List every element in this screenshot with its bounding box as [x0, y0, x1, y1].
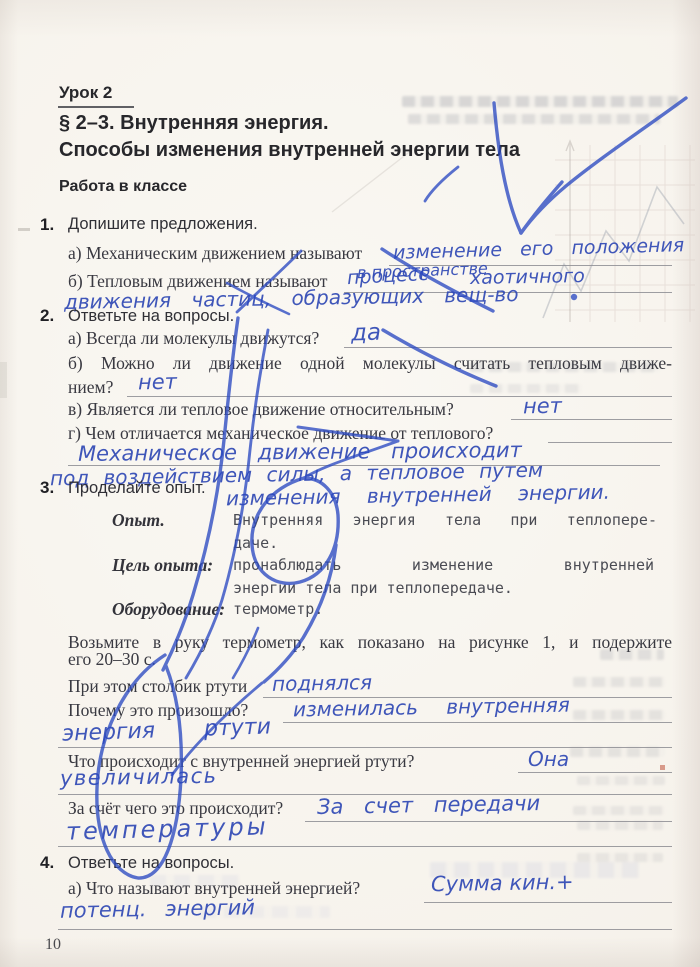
task3-number: 3.: [40, 478, 54, 498]
page-number: 10: [45, 936, 61, 954]
task3-a2-line1: изменилась внутренняя: [293, 693, 570, 722]
task3-a4-line2: температуры: [66, 812, 269, 845]
workbook-page: Урок 2 § 2–3. Внутренняя энергия. Способ…: [0, 0, 700, 967]
equipment-label: Оборудование:: [112, 599, 225, 620]
answer-line: [127, 396, 672, 397]
lesson-label: Урок 2: [59, 83, 112, 103]
task4-instruction: Ответьте на вопросы.: [68, 854, 234, 873]
task4a-answer-line1: Сумма кин.+: [431, 870, 574, 896]
lesson-underline: [58, 106, 134, 108]
answer-line: [58, 846, 672, 847]
goal-label: Цель опыта:: [112, 555, 213, 576]
task1a-question: а) Механическим движением называют: [68, 243, 362, 264]
task3-a3-line1: Она: [528, 747, 569, 771]
task1-number: 1.: [40, 215, 54, 235]
answer-line: [58, 747, 672, 748]
paragraph-title-line2: Способы изменения внутренней энергии тел…: [59, 139, 520, 162]
answer-line: [548, 442, 672, 443]
procedure-line2: его 20–30 с.: [68, 649, 156, 670]
task3-q1: При этом столбик ртути: [68, 676, 247, 697]
experiment-title-line2: даче.: [233, 534, 278, 552]
task2-number: 2.: [40, 306, 54, 326]
task3-instruction: Проделайте опыт.: [68, 479, 206, 498]
task2b-question-line2: нием?: [68, 377, 113, 398]
task4a-answer-line2: потенц. энергий: [60, 895, 255, 922]
experiment-title-line1: Внутренняя энергия тела при теплопере-: [233, 511, 657, 529]
task2a-answer: да: [351, 319, 382, 346]
task3-a1: поднялся: [272, 670, 372, 696]
answer-line: [58, 929, 672, 930]
task2c-answer: нет: [523, 394, 562, 419]
answer-line: [518, 772, 672, 773]
task1a-answer-line1: изменение его положения: [393, 234, 685, 264]
task2a-question: а) Всегда ли молекулы движутся?: [68, 328, 319, 349]
paragraph-title-line1: § 2–3. Внутренняя энергия.: [59, 112, 329, 135]
answer-line: [511, 419, 672, 420]
answer-line: [424, 902, 672, 903]
task2-instruction: Ответьте на вопросы.: [68, 307, 234, 326]
answer-line: [305, 821, 672, 822]
task2c-question: в) Является ли тепловое движение относит…: [68, 399, 454, 420]
procedure-line1: Возьмите в руку термометр, как показано …: [68, 632, 672, 653]
answer-line: [283, 722, 672, 723]
experiment-label: Опыт.: [112, 510, 165, 531]
goal-text-line2: энергии тела при теплопередаче.: [233, 579, 513, 597]
task2b-answer: нет: [138, 370, 177, 395]
equipment-text: термометр.: [233, 600, 323, 618]
task4-number: 4.: [40, 853, 54, 873]
task3-a3-line2: увеличилась: [60, 764, 218, 791]
section-heading: Работа в классе: [59, 178, 187, 196]
task3-a4-line1: За счет передачи: [317, 791, 541, 819]
goal-text-line1: пронаблюдать изменение внутренней: [233, 556, 654, 574]
task1-instruction: Допишите предложения.: [68, 215, 258, 234]
answer-line: [344, 347, 672, 348]
